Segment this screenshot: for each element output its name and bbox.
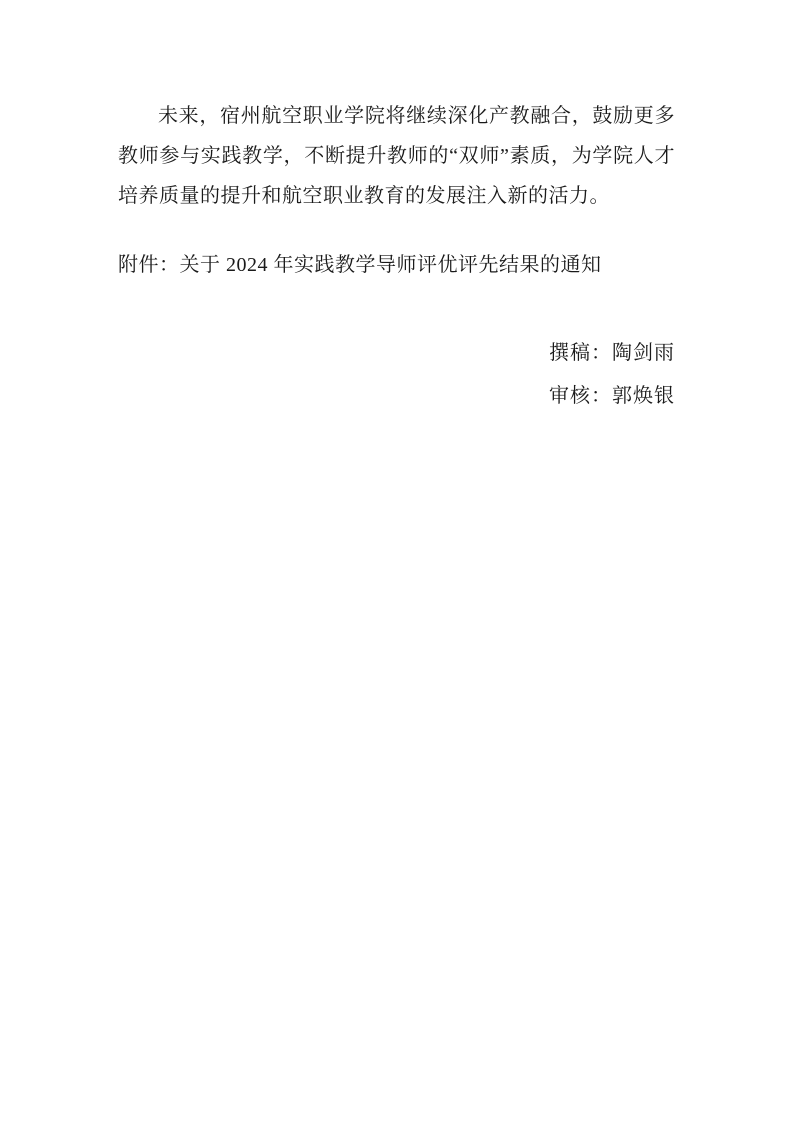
attachment-line: 附件：关于 2024 年实践教学导师评优评先结果的通知 — [118, 245, 675, 285]
document-page: 未来，宿州航空职业学院将继续深化产教融合，鼓励更多教师参与实践教学，不断提升教师… — [0, 0, 793, 1122]
author-line: 撰稿：陶剑雨 — [118, 332, 675, 375]
reviewer-line: 审核：郭焕银 — [118, 375, 675, 418]
signature-block: 撰稿：陶剑雨 审核：郭焕银 — [118, 332, 675, 418]
document-content: 未来，宿州航空职业学院将继续深化产教融合，鼓励更多教师参与实践教学，不断提升教师… — [0, 0, 793, 418]
closing-paragraph: 未来，宿州航空职业学院将继续深化产教融合，鼓励更多教师参与实践教学，不断提升教师… — [118, 96, 675, 216]
